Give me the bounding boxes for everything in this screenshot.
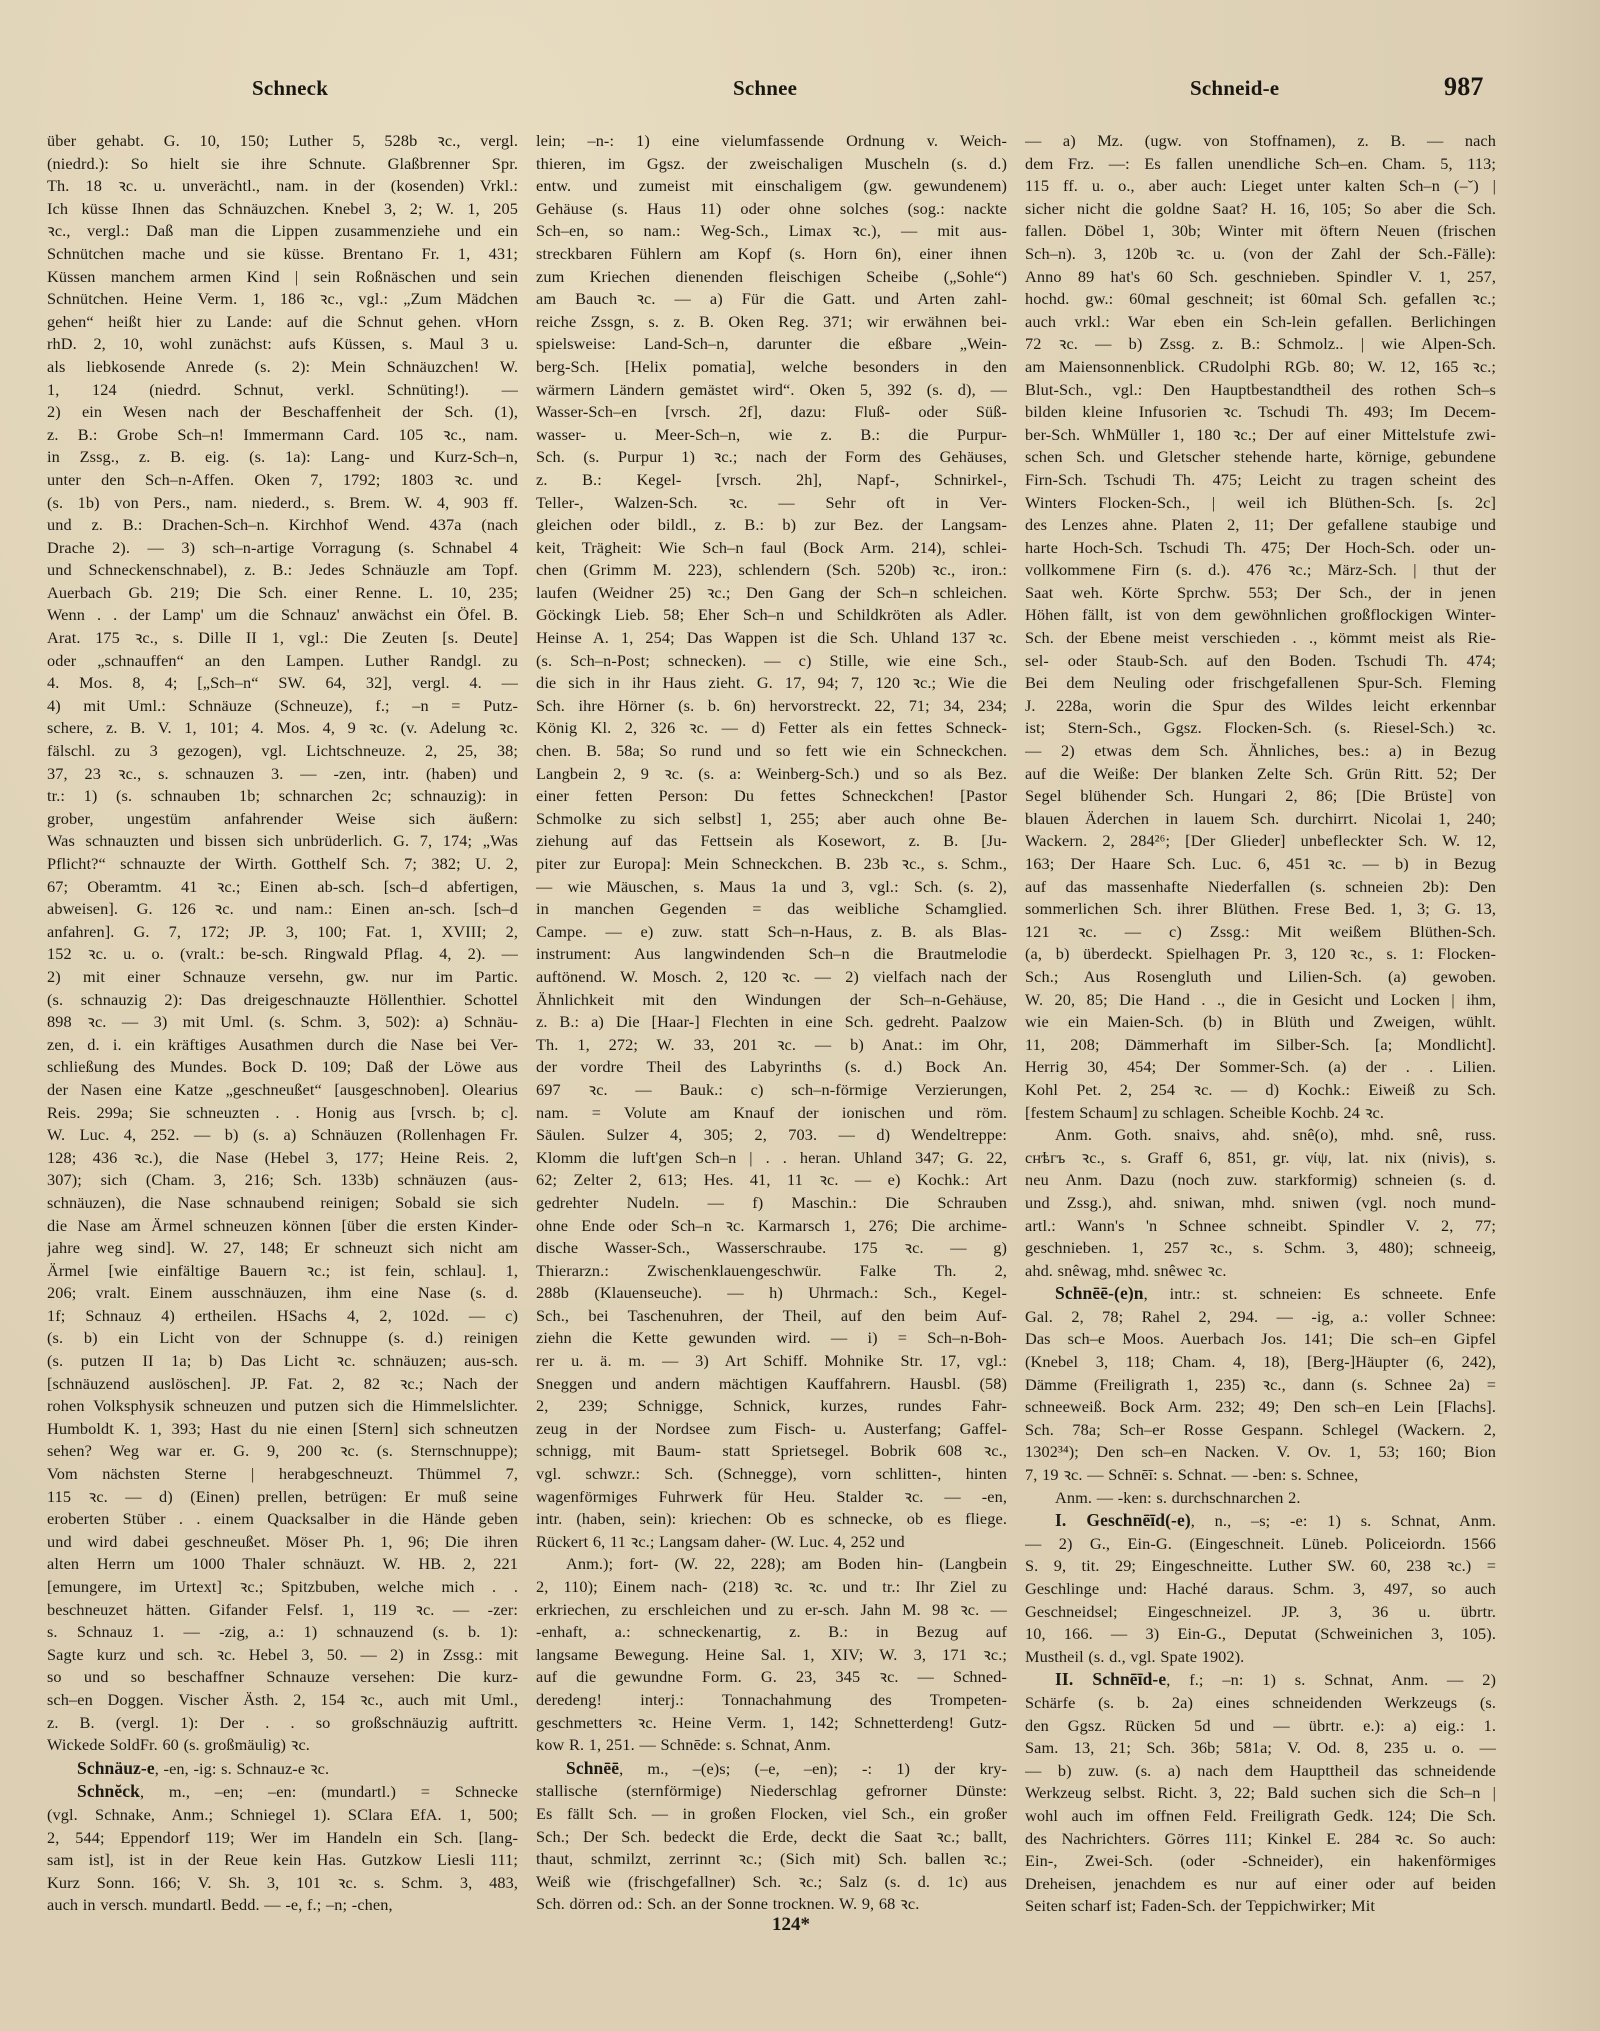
text-line: schließung des Mundes. Bock D. 109; Daß … <box>47 1056 518 1079</box>
text-line: 121 ꝛc. — c) Zssg.: Mit weißem Blüthen-S… <box>1025 921 1496 944</box>
text-line: Sch., bei Taschenuhren, der Theil, auf d… <box>536 1305 1007 1328</box>
text-line: ziehung auf das Fettsein als Kosewort, z… <box>536 830 1007 853</box>
text-line: und z. B.: Drachen-Sch–n. Kirchhof Wend.… <box>47 514 518 537</box>
text-line: instrument: Aus langwindenden Sch–n die … <box>536 943 1007 966</box>
headword: Schnäuz-e <box>77 1758 155 1778</box>
text-line: 4. Mos. 8, 4; [„Sch–n“ SW. 64, 32], verg… <box>47 672 518 695</box>
text-line: alten Herrn um 1000 Thaler schnäuzt. W. … <box>47 1553 518 1576</box>
text-line: des Lenzes ahne. Platen 2, 11; Der gefal… <box>1025 514 1496 537</box>
text-line: Segel blühender Sch. Hungari 2, 86; [Die… <box>1025 785 1496 808</box>
text-line: oder „schnauffen“ an den Lampen. Luther … <box>47 650 518 673</box>
text-line: intr. (haben, sein): kriechen: Ob es sch… <box>536 1508 1007 1531</box>
text-line: chen (Grimm M. 223), schlendern (Sch. 52… <box>536 559 1007 582</box>
text-line: und wird dabei geschneußet. Möser Ph. 1,… <box>47 1531 518 1554</box>
text-line: Wickede SoldFr. 60 (s. großmäulig) ꝛc. <box>47 1734 518 1757</box>
text-line: den Ggsz. Rücken 5d und — übrtr. e.): a)… <box>1025 1715 1496 1738</box>
text-line: Firn-Sch. Tschudi Th. 475; Leicht zu tra… <box>1025 469 1496 492</box>
text-line: Dämme (Freiligrath 1, 235) ꝛc., dann (s.… <box>1025 1374 1496 1397</box>
text-line: II. Schnēīd-e, f.; –n: 1) s. Schnat, Anm… <box>1025 1668 1496 1692</box>
text-line: 2) mit einer Schnauze versehn, gw. nur i… <box>47 966 518 989</box>
text-line: rer u. ä. m. — 3) Art Schiff. Mohnike St… <box>536 1350 1007 1373</box>
text-line: König Kl. 2, 326 ꝛc. — d) Fetter als ein… <box>536 717 1007 740</box>
text-line: (s. Sch–n-Post; schnecken). — c) Stille,… <box>536 650 1007 673</box>
text-line: stallische (sternförmige) Niederschlag g… <box>536 1780 1007 1803</box>
text-line: Langbein 2, 9 ꝛc. (s. a: Weinberg-Sch.) … <box>536 763 1007 786</box>
text-line: ohne Ende oder Sch–n ꝛc. Karmarsch 1, 27… <box>536 1215 1007 1238</box>
running-head: Schneck Schnee Schneid-e 987 <box>0 76 1600 106</box>
text-line: Schnēē-(e)n, intr.: st. schneien: Es sch… <box>1025 1282 1496 1306</box>
text-line: schere, z. B. V. 1, 101; 4. Mos. 4, 9 ꝛc… <box>47 717 518 740</box>
text-line: Sneggen und andern mächtigen Kauffahrern… <box>536 1373 1007 1396</box>
text-line: 67; Oberamtm. 41 ꝛc.; Einen ab-sch. [sch… <box>47 876 518 899</box>
text-line: — wie Mäuschen, s. Maus 1a und 3, vgl.: … <box>536 876 1007 899</box>
text-line: über gehabt. G. 10, 150; Luther 5, 528b … <box>47 130 518 153</box>
text-line: J. 228a, worin die Spur des Wildes leich… <box>1025 695 1496 718</box>
text-line: 206; vralt. Einem ausschnäuzen, ihm eine… <box>47 1282 518 1305</box>
text-line: Das sch–e Moos. Auerbach Jos. 141; Die s… <box>1025 1328 1496 1351</box>
text-line: fallen. Döbel 1, 30b; Winter mit öftern … <box>1025 220 1496 243</box>
text-line: blauen Äderchen in lauem Sch. durchirrt.… <box>1025 808 1496 831</box>
text-line: vgl. schwzr.: Sch. (Schnegge), vorn schl… <box>536 1463 1007 1486</box>
text-line: am Maiensonnenblick. CRudolphi RGb. 80; … <box>1025 356 1496 379</box>
text-line: ziehn die Kette gewunden wird. — i) = Sc… <box>536 1327 1007 1350</box>
text-line: Sam. 13, 21; Sch. 36b; 581a; V. Od. 8, 2… <box>1025 1737 1496 1760</box>
text-line: gleichen oder bildl., z. B.: b) zur Bez.… <box>536 514 1007 537</box>
text-line: Schnütchen. Heine Verm. 1, 186 ꝛc., vgl.… <box>47 288 518 311</box>
text-line: Ich küsse Ihnen das Schnäuzchen. Knebel … <box>47 198 518 221</box>
text-line: Sch. dörren od.: Sch. an der Sonne trock… <box>536 1893 1007 1916</box>
text-line: chen. B. 58a; So rund und so fett wie ei… <box>536 740 1007 763</box>
text-line: sel- oder Staub-Sch. auf den Boden. Tsch… <box>1025 650 1496 673</box>
text-line: und Schneckenschnabel), z. B.: Jedes Sch… <box>47 559 518 582</box>
text-line: 152 ꝛc. u. o. (vralt.: be-sch. Ringwald … <box>47 943 518 966</box>
text-line: ꝛc., vergl.: Daß man die Lippen zusammen… <box>47 220 518 243</box>
text-line: ber-Sch. WhMüller 1, 180 ꝛc.; Der auf ei… <box>1025 424 1496 447</box>
text-line: Weiß wie (frischgefallner) Sch. ꝛc.; Sal… <box>536 1871 1007 1894</box>
text-line: Auerbach Gb. 219; Die Sch. einer Renne. … <box>47 582 518 605</box>
text-line: unter den Sch–n-Affen. Oken 7, 1792; 180… <box>47 469 518 492</box>
text-line: Winters Flocken-Sch., | weil ich Blüthen… <box>1025 492 1496 515</box>
text-line: Küssen manchem armen Kind | sein Roßnäsc… <box>47 266 518 289</box>
text-line: Anm. Goth. snaivs, ahd. snê(o), mhd. snê… <box>1025 1124 1496 1147</box>
text-line: zen, d. i. ein kräftiges Ausathmen durch… <box>47 1034 518 1057</box>
text-line: (s. schnauzig 2): Das dreigeschnauzte Hö… <box>47 989 518 1012</box>
text-line: erkriechen, zu erschleichen und zu er-sc… <box>536 1599 1007 1622</box>
text-line: Th. 18 ꝛc. u. unverächtl., nam. in der (… <box>47 175 518 198</box>
text-line: 288b (Klauenseuche). — h) Uhrmach.: Sch.… <box>536 1282 1007 1305</box>
text-line: wohl auch im offnen Feld. Freiligrath Ge… <box>1025 1805 1496 1828</box>
text-line: auf die Weiße: Der blanken Zelte Sch. Gr… <box>1025 763 1496 786</box>
text-line: wagenförmiges Fuhrwerk für Heu. Stalder … <box>536 1486 1007 1509</box>
text-line: wie ein Maien-Sch. (b) in Blüth und Zwei… <box>1025 1011 1496 1034</box>
text-line: Göckingk Lieb. 58; Eher Sch–n und Schild… <box>536 604 1007 627</box>
text-line: 37, 23 ꝛc., s. schnauzen 3. — -zen, intr… <box>47 763 518 786</box>
text-line: schneeweiß. Bock Arm. 232; 49; Den sch–e… <box>1025 1396 1496 1419</box>
text-line: 2, 544; Eppendorf 119; Wer im Handeln ei… <box>47 1827 518 1850</box>
text-line: 62; Zelter 2, 613; Hes. 41, 11 ꝛc. — e) … <box>536 1169 1007 1192</box>
text-line: (s. 1b) von Pers., nam. niederd., s. Bre… <box>47 492 518 515</box>
text-line: in Zssg., z. B. eig. (s. 1a): Lang- und … <box>47 446 518 469</box>
text-line: W. 20, 85; Die Hand . ., die in Gesicht … <box>1025 989 1496 1012</box>
text-line: harte Hoch-Sch. Tschudi Th. 475; Der Hoc… <box>1025 537 1496 560</box>
text-line: Säulen. Sulzer 4, 305; 2, 703. — d) Wend… <box>536 1124 1007 1147</box>
headword: II. Schnēīd-e <box>1055 1669 1166 1689</box>
text-line: so und so beschaffner Schnauze versehen:… <box>47 1666 518 1689</box>
column-3: — a) Mz. (ugw. von Stoffnamen), z. B. — … <box>1025 130 1496 1918</box>
text-line: [schnäuzend auslöschen]. JP. Fat. 2, 82 … <box>47 1373 518 1396</box>
text-line: sam ist], ist in der Reue kein Has. Gutz… <box>47 1849 518 1872</box>
text-line: z. B.: a) Die [Haar-] Flechten in eine S… <box>536 1011 1007 1034</box>
text-line: Höhen fällt, ist von dem gewöhnlichen gr… <box>1025 604 1496 627</box>
text-line: Dreheisen, jenachdem es nur auf einer od… <box>1025 1873 1496 1896</box>
text-line: rohen Volksphysik schneuzen und putzen s… <box>47 1395 518 1418</box>
text-line: gehen“ heißt hier zu Lande: auf die Schn… <box>47 311 518 334</box>
text-line: Wasser-Sch–en [vrsch. 2f], dazu: Fluß- o… <box>536 401 1007 424</box>
text-line: Schmolke zu sich selbst] 1, 255; aber au… <box>536 808 1007 831</box>
text-line: piter zur Europa]: Mein Schneckchen. B. … <box>536 853 1007 876</box>
text-line: die sich in ihr Haus zieht. G. 17, 94; 7… <box>536 672 1007 695</box>
text-line: geschmetters ꝛc. Heine Verm. 1, 142; Sch… <box>536 1712 1007 1735</box>
text-line: laufen (Weidner 25) ꝛc.; Den Gang der Sc… <box>536 582 1007 605</box>
text-line: -enhaft, a.: schneckenartig, z. B.: in B… <box>536 1621 1007 1644</box>
text-line: Wackern. 2, 284²⁶; [Der Glieder] unbefle… <box>1025 830 1496 853</box>
text-line: zeug in der Nordsee zum Fisch- u. Auster… <box>536 1418 1007 1441</box>
text-line: langsame Bewegung. Heine Sal. 1, XIV; W.… <box>536 1644 1007 1667</box>
text-line: 898 ꝛc. — 3) mit Uml. (s. Schm. 3, 502):… <box>47 1011 518 1034</box>
text-line: fälschl. zu 3 gezogen), vgl. Lichtschneu… <box>47 740 518 763</box>
text-line: Kurz Sonn. 166; V. Sh. 3, 101 ꝛc. s. Sch… <box>47 1872 518 1895</box>
text-line: Werkzeug selbst. Richt. 3, 22; Bald such… <box>1025 1782 1496 1805</box>
text-line: 163; Der Haare Sch. Luc. 6, 451 ꝛc. — b)… <box>1025 853 1496 876</box>
text-line: schnigg, mit Baum- statt Sprietsegel. Bo… <box>536 1440 1007 1463</box>
text-line: Sch–n). 3, 120b ꝛc. u. (von der Zahl der… <box>1025 243 1496 266</box>
text-line: (Knebel 3, 118; Cham. 4, 18), [Berg-]Häu… <box>1025 1351 1496 1374</box>
text-line: 7, 19 ꝛc. — Schnēī: s. Schnat. — -ben: s… <box>1025 1464 1496 1487</box>
text-line: 2, 239; Schnigge, Schnick, kurzes, runde… <box>536 1395 1007 1418</box>
text-line: Geschneidsel; Eingeschneizel. JP. 3, 36 … <box>1025 1601 1496 1624</box>
text-line: 10, 166. — 3) Ein-G., Deputat (Schweinic… <box>1025 1623 1496 1646</box>
text-line: Heinse A. 1, 254; Das Wappen ist die Sch… <box>536 627 1007 650</box>
text-line: I. Geschnēīd(-e), n., –s; -e: 1) s. Schn… <box>1025 1509 1496 1533</box>
text-line: Th. 1, 272; W. 33, 201 ꝛc. — b) Anat.: i… <box>536 1034 1007 1057</box>
text-line: artl.: Wann's 'n Schnee schneibt. Spindl… <box>1025 1215 1496 1238</box>
text-line: Rückert 6, 11 ꝛc.; Langsam daher- (W. Lu… <box>536 1531 1007 1554</box>
headword: I. Geschnēīd(-e) <box>1055 1510 1191 1530</box>
text-line: 2, 110); Einem nach- (218) ꝛc. ꝛc. und t… <box>536 1576 1007 1599</box>
text-line: kow R. 1, 251. — Schnēde: s. Schnat, Anm… <box>536 1734 1007 1757</box>
text-line: — a) Mz. (ugw. von Stoffnamen), z. B. — … <box>1025 130 1496 153</box>
headword: Schnĕck <box>77 1781 140 1801</box>
text-line: auf das massenhafte Niederfallen (s. sch… <box>1025 876 1496 899</box>
text-line: wasser- u. Meer-Sch–n, wie z. B.: die Pu… <box>536 424 1007 447</box>
text-line: 128; 436 ꝛc.), die Nase (Hebel 3, 177; H… <box>47 1147 518 1170</box>
text-line: beschneuzet hätten. Gifander Felsf. 1, 1… <box>47 1599 518 1622</box>
text-line: (s. putzen II 1a; b) Das Licht ꝛc. schnä… <box>47 1350 518 1373</box>
text-line: Saat weh. Körte Sprchw. 553; Der Sch., d… <box>1025 582 1496 605</box>
text-line: Sch. der Ebene meist verschieden . ., kö… <box>1025 627 1496 650</box>
text-line: dem Frz. —: Es fallen unendliche Sch–en.… <box>1025 153 1496 176</box>
text-line: Klomm die luft'gen Sch–n | . . heran. Uh… <box>536 1147 1007 1170</box>
text-line: 72 ꝛc. — b) Zssg. z. B.: Schmolz.. | wie… <box>1025 333 1496 356</box>
text-line: schen Sch. und Gletscher stehende harte,… <box>1025 446 1496 469</box>
text-line: Sch.; Der Sch. bedeckt die Erde, deckt d… <box>536 1826 1007 1849</box>
text-line: 697 ꝛc. — Bauk.: c) sch–n-förmige Verzie… <box>536 1079 1007 1102</box>
text-line: 307); sich (Cham. 3, 216; Sch. 133b) sch… <box>47 1169 518 1192</box>
text-line: tr.: 1) (s. schnauben 1b; schnarchen 2c;… <box>47 785 518 808</box>
text-line: abweisen]. G. 126 ꝛc. und nam.: Einen an… <box>47 898 518 921</box>
text-line: geschnieben. 1, 257 ꝛc., s. Schm. 3, 480… <box>1025 1237 1496 1260</box>
text-line: Anno 89 hat's 60 Sch. geschnieben. Spind… <box>1025 266 1496 289</box>
text-line: Gehäuse (s. Haus 11) oder ohne solches (… <box>536 198 1007 221</box>
text-line: neu Anm. Dazu (noch zuw. starkformig) sc… <box>1025 1169 1496 1192</box>
text-line: снѣгъ ꝛc., s. Graff 6, 851, gr. νίψ, lat… <box>1025 1147 1496 1170</box>
running-head-right: Schneid-e <box>1190 76 1279 101</box>
text-line: s. Schnauz 1. — -zig, a.: 1) schnauzend … <box>47 1621 518 1644</box>
text-line: am Bauch ꝛc. — a) Für die Gatt. und Arte… <box>536 288 1007 311</box>
column-1: über gehabt. G. 10, 150; Luther 5, 528b … <box>47 130 518 1918</box>
text-line: Mustheil (s. d., vgl. Spate 1902). <box>1025 1646 1496 1669</box>
text-line: Vom nächsten Sterne | herabgeschneuzt. T… <box>47 1463 518 1486</box>
text-line: keit, Trägheit: Wie Sch–n faul (Bock Arm… <box>536 537 1007 560</box>
text-line: (a, b) überdeckt. Spielhagen Pr. 3, 120 … <box>1025 943 1496 966</box>
text-line: z. B.: Grobe Sch–n! Immermann Card. 105 … <box>47 424 518 447</box>
text-line: jahre weg sind]. W. 27, 148; Er schneuzt… <box>47 1237 518 1260</box>
headword: Schnēē-(e)n <box>1055 1283 1144 1303</box>
text-line: (s. b) ein Licht von der Schnuppe (s. d.… <box>47 1327 518 1350</box>
text-line: lein; –n-: 1) eine vielumfassende Ordnun… <box>536 130 1007 153</box>
text-line: — 2) G., Ein-G. (Eingeschneit. Lüneb. Po… <box>1025 1533 1496 1556</box>
text-line: nam. = Volute am Knauf der ionischen und… <box>536 1102 1007 1125</box>
text-line: Anm.); fort- (W. 22, 228); am Boden hin-… <box>536 1553 1007 1576</box>
text-line: Drache 2). — 3) sch–n-artige Vorragung (… <box>47 537 518 560</box>
text-line: sicher nicht die goldne Saat? H. 16, 105… <box>1025 198 1496 221</box>
text-line: 4) mit Uml.: Schnäuze (Schneuze), f.; –n… <box>47 695 518 718</box>
text-line: Herrig 30, 454; Der Sommer-Sch. (a) der … <box>1025 1056 1496 1079</box>
text-line: sch–en Doggen. Vischer Ästh. 2, 154 ꝛc.,… <box>47 1689 518 1712</box>
page-number: 987 <box>1444 72 1484 102</box>
text-line: anfahren]. G. 7, 172; JP. 3, 100; Fat. 1… <box>47 921 518 944</box>
text-line: 1302³⁴); Den sch–en Nacken. V. Ov. 1, 53… <box>1025 1441 1496 1464</box>
text-line: spielsweise: Land-Sch–n, darunter die eß… <box>536 333 1007 356</box>
text-line: die Nase am Ärmel schneuzen können [über… <box>47 1215 518 1238</box>
text-line: reiche Zssgn, s. z. B. Oken Reg. 371; wi… <box>536 311 1007 334</box>
text-line: — b) zuw. (s. a) nach dem Haupttheil das… <box>1025 1760 1496 1783</box>
text-line: Humboldt K. 1, 393; Hast du nie einen [S… <box>47 1418 518 1441</box>
text-line: als liebkosende Anrede (s. 2): Mein Schn… <box>47 356 518 379</box>
text-line: Kohl Pet. 2, 254 ꝛc. — d) Kochk.: Eiweiß… <box>1025 1079 1496 1102</box>
text-line: z. B. (vergl. 1): Der . . so großschnäuz… <box>47 1712 518 1735</box>
running-head-center: Schnee <box>733 76 797 101</box>
text-line: berg-Sch. [Helix pomatia], welche besond… <box>536 356 1007 379</box>
headword: Schnēē <box>566 1758 619 1778</box>
text-line: Sagte kurz und sch. ꝛc. Hebel 3, 50. — 2… <box>47 1644 518 1667</box>
text-line: gedrehter Nudeln. — f) Maschin.: Die Sch… <box>536 1192 1007 1215</box>
text-line: Anm. — -ken: s. durchschnarchen 2. <box>1025 1487 1496 1510</box>
text-line: vollkommene Firn (s. d.). 476 ꝛc.; März-… <box>1025 559 1496 582</box>
text-line: Sch. (s. Purpur 1) ꝛc.; nach der Form de… <box>536 446 1007 469</box>
text-line: hochd. gw.: 60mal geschneit; ist 60mal S… <box>1025 288 1496 311</box>
text-line: sommerlichen Sch. ihrer Blüthen. Frese B… <box>1025 898 1496 921</box>
text-line: Schnĕck, m., –en; –en: (mundartl.) = Sch… <box>47 1780 518 1804</box>
text-line: dische Wasser-Sch., Wasserschraube. 175 … <box>536 1237 1007 1260</box>
running-head-left: Schneck <box>252 76 328 101</box>
text-line: streckbaren Fühlern am Kopf (s. Horn 6n)… <box>536 243 1007 266</box>
text-line: 1, 124 (niedrd. Schnut, verkl. Schnüting… <box>47 379 518 402</box>
text-line: Es fällt Sch. — in großen Flocken, viel … <box>536 1803 1007 1826</box>
column-2: lein; –n-: 1) eine vielumfassende Ordnun… <box>536 130 1007 1918</box>
text-line: ahd. snêwag, mhd. snêwec ꝛc. <box>1025 1260 1496 1283</box>
text-line: 115 ꝛc. — d) (Einen) prellen, betrügen: … <box>47 1486 518 1509</box>
text-line: Bei dem Neuling oder frischgefallenen Sp… <box>1025 672 1496 695</box>
text-line: Ärmel [wie einfältige Bauern ꝛc.; ist fe… <box>47 1260 518 1283</box>
text-line: deredeng! interj.: Tonnachahmung des Tro… <box>536 1689 1007 1712</box>
text-line: W. Luc. 4, 252. — b) (s. a) Schnäuzen (R… <box>47 1124 518 1147</box>
text-line: Schnäuz-e, -en, -ig: s. Schnauz-e ꝛc. <box>47 1757 518 1781</box>
text-line: zum Kriechen dienenden fleischigen Schei… <box>536 266 1007 289</box>
text-line: Geschlinge und: Haché daraus. Schm. 3, 4… <box>1025 1578 1496 1601</box>
text-line: Campe. — e) zuw. statt Sch–n-Haus, z. B.… <box>536 921 1007 944</box>
dictionary-columns: über gehabt. G. 10, 150; Luther 5, 528b … <box>47 130 1497 1918</box>
text-line: Blut-Sch., vgl.: Den Hauptbestandtheil d… <box>1025 379 1496 402</box>
text-line: S. 9, tit. 29; Eingeschneitte. Luther SW… <box>1025 1555 1496 1578</box>
text-line: auch in versch. mundartl. Bedd. — -e, f.… <box>47 1894 518 1917</box>
text-line: der Nasen eine Katze „geschneußet“ [ausg… <box>47 1079 518 1102</box>
text-line: [emungere, im Urtext] ꝛc.; Spitzbuben, w… <box>47 1576 518 1599</box>
text-line: Schnēē, m., –(e)s; (–e, –en); -: 1) der … <box>536 1757 1007 1781</box>
text-line: [festem Schaum] zu schlagen. Scheible Ko… <box>1025 1102 1496 1125</box>
text-line: Ein-, Zwei-Sch. (oder -Schneider), ein h… <box>1025 1850 1496 1873</box>
text-line: 2) ein Wesen nach der Beschaffenheit der… <box>47 401 518 424</box>
text-line: auftönend. W. Mosch. 2, 120 ꝛc. — 2) vie… <box>536 966 1007 989</box>
text-line: thieren, im Ggsz. der zweischaligen Musc… <box>536 153 1007 176</box>
text-line: 11, 208; Dämmerhaft im Silber-Sch. [a; M… <box>1025 1034 1496 1057</box>
text-line: — 2) etwas dem Sch. Ähnliches, bes.: a) … <box>1025 740 1496 763</box>
text-line: Gal. 2, 78; Rahel 2, 294. — -ig, a.: vol… <box>1025 1306 1496 1329</box>
text-line: rhD. 2, 10, wohl zunächst: aufs Küssen, … <box>47 333 518 356</box>
text-line: Pflicht?“ schnauzte der Wirth. Gotthelf … <box>47 853 518 876</box>
text-line: (vgl. Schnake, Anm.; Schniegel 1). SClar… <box>47 1804 518 1827</box>
text-line: bilden kleine Infusorien ꝛc. Tschudi Th.… <box>1025 401 1496 424</box>
text-line: ist; Stern-Sch., Ggsz. Flocken-Sch. (s. … <box>1025 717 1496 740</box>
text-line: Sch–en, so nam.: Weg-Sch., Limax ꝛc.), —… <box>536 220 1007 243</box>
text-line: Sch. ihre Hörner (s. b. 6n) hervorstreck… <box>536 695 1007 718</box>
text-line: einer fetten Person: Du fettes Schneckch… <box>536 785 1007 808</box>
text-line: Sch. 78a; Sch–er Rosse Gespann. Schlegel… <box>1025 1419 1496 1442</box>
text-line: thaut, schmilzt, zerrinnt ꝛc.; (Sich mit… <box>536 1848 1007 1871</box>
text-line: Reis. 299a; Sie schneuzten . . Honig aus… <box>47 1102 518 1125</box>
text-line: Schärfe (s. b. 2a) eines schneidenden We… <box>1025 1692 1496 1715</box>
text-line: z. B.: Kegel- [vrsch. 2h], Napf-, Schnir… <box>536 469 1007 492</box>
text-line: entw. und zumeist mit einschaligem (gw. … <box>536 175 1007 198</box>
text-line: Was schnauzten und bissen sich unbrüderl… <box>47 830 518 853</box>
text-line: und Zssg.), ahd. sniwan, mhd. sniwen (vg… <box>1025 1192 1496 1215</box>
text-line: auch vrkl.: War eben ein Sch-lein gefall… <box>1025 311 1496 334</box>
text-line: auf die gewundne Form. G. 23, 345 ꝛc. — … <box>536 1666 1007 1689</box>
text-line: Ähnlichkeit mit den Windungen der Sch–n-… <box>536 989 1007 1012</box>
text-line: Seiten scharf ist; Faden-Sch. der Teppic… <box>1025 1895 1496 1918</box>
text-line: in manchen Gegenden = das weibliche Scha… <box>536 898 1007 921</box>
text-line: (niedrd.): So hielt sie ihre Schnute. Gl… <box>47 153 518 176</box>
signature-mark: 124* <box>772 1914 810 1936</box>
text-line: Wenn . . der Lamp' um die Schnauz' anwäc… <box>47 604 518 627</box>
text-line: 115 ff. u. o., aber auch: Lieget unter k… <box>1025 175 1496 198</box>
text-line: Arat. 175 ꝛc., s. Dille II 1, vgl.: Die … <box>47 627 518 650</box>
text-line: Sch.; Aus Rosengluth und Lilien-Sch. (a)… <box>1025 966 1496 989</box>
text-line: Thierarzn.: Zwischenklauengeschwür. Falk… <box>536 1260 1007 1283</box>
text-line: eroberten Stüber . . einem Quacksalber i… <box>47 1508 518 1531</box>
text-line: 1f; Schnauz 4) ertheilen. HSachs 4, 2, 1… <box>47 1305 518 1328</box>
text-line: der vordre Theil des Labyrinths (s. d.) … <box>536 1056 1007 1079</box>
text-line: des Nachrichters. Görres 111; Kinkel E. … <box>1025 1828 1496 1851</box>
text-line: wärmern Ländern gemästet wird“. Oken 5, … <box>536 379 1007 402</box>
text-line: Teller-, Walzen-Sch. ꝛc. — Sehr oft in V… <box>536 492 1007 515</box>
text-line: schnäuzen), die Nase schnaubend reinigen… <box>47 1192 518 1215</box>
text-line: grober, ungestüm anfahrender Weise sich … <box>47 808 518 831</box>
text-line: Schnütchen mache und sie küsse. Brentano… <box>47 243 518 266</box>
text-line: sehen? Weg war er. G. 9, 200 ꝛc. (s. Ste… <box>47 1440 518 1463</box>
